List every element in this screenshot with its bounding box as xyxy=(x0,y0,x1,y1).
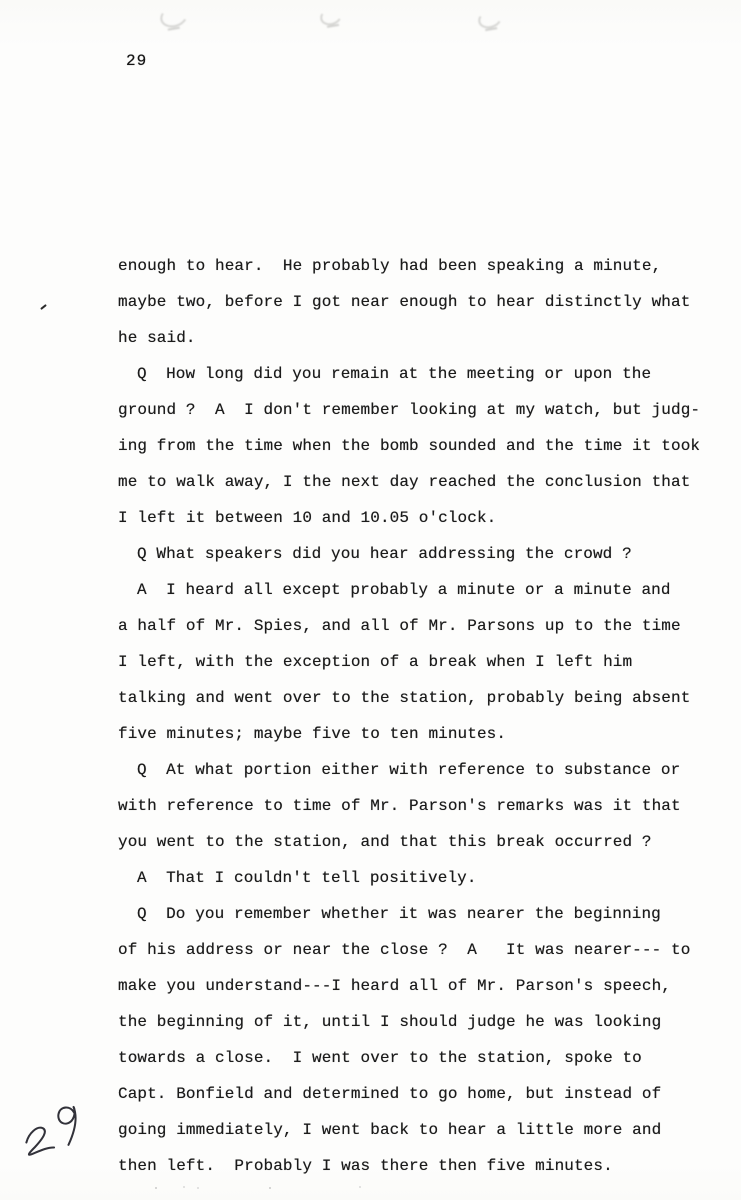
scan-smudge-mark xyxy=(476,7,504,32)
scan-noise-specks xyxy=(150,1186,410,1190)
transcript-line: going immediately, I went back to hear a… xyxy=(118,1112,708,1148)
transcript-line: Q Do you remember whether it was nearer … xyxy=(118,896,708,932)
typewritten-text-block: enough to hear. He probably had been spe… xyxy=(118,248,708,1184)
transcript-line: Q At what portion either with reference … xyxy=(118,752,708,788)
transcript-line: Capt. Bonfield and determined to go home… xyxy=(118,1076,708,1112)
transcript-line: enough to hear. He probably had been spe… xyxy=(118,248,708,284)
transcript-line: then left. Probably I was there then fiv… xyxy=(118,1148,708,1184)
scan-smudge-mark xyxy=(318,5,344,28)
transcript-line: ground ? A I don't remember looking at m… xyxy=(118,392,708,428)
transcript-line: five minutes; maybe five to ten minutes. xyxy=(118,716,708,752)
scanned-transcript-page: 29 enough to hear. He probably had been … xyxy=(0,0,741,1200)
page-number: 29 xyxy=(126,52,147,70)
transcript-line: a half of Mr. Spies, and all of Mr. Pars… xyxy=(118,608,708,644)
transcript-line: Q How long did you remain at the meeting… xyxy=(118,356,708,392)
transcript-line: A That I couldn't tell positively. xyxy=(118,860,708,896)
transcript-line: you went to the station, and that this b… xyxy=(118,824,708,860)
transcript-line: of his address or near the close ? A It … xyxy=(118,932,708,968)
transcript-line: talking and went over to the station, pr… xyxy=(118,680,708,716)
transcript-line: I left it between 10 and 10.05 o'clock. xyxy=(118,500,708,536)
transcript-line: with reference to time of Mr. Parson's r… xyxy=(118,788,708,824)
transcript-line: towards a close. I went over to the stat… xyxy=(118,1040,708,1076)
stray-ink-mark xyxy=(40,304,47,310)
transcript-line: he said. xyxy=(118,320,708,356)
transcript-line: me to walk away, I the next day reached … xyxy=(118,464,708,500)
transcript-line: maybe two, before I got near enough to h… xyxy=(118,284,708,320)
scan-smudge-mark xyxy=(157,2,190,31)
transcript-line: Q What speakers did you hear addressing … xyxy=(118,536,708,572)
transcript-line: make you understand---I heard all of Mr.… xyxy=(118,968,708,1004)
transcript-line: I left, with the exception of a break wh… xyxy=(118,644,708,680)
transcript-line: A I heard all except probably a minute o… xyxy=(118,572,708,608)
transcript-line: the beginning of it, until I should judg… xyxy=(118,1004,708,1040)
handwritten-page-number xyxy=(14,1076,104,1166)
transcript-line: ing from the time when the bomb sounded … xyxy=(118,428,708,464)
